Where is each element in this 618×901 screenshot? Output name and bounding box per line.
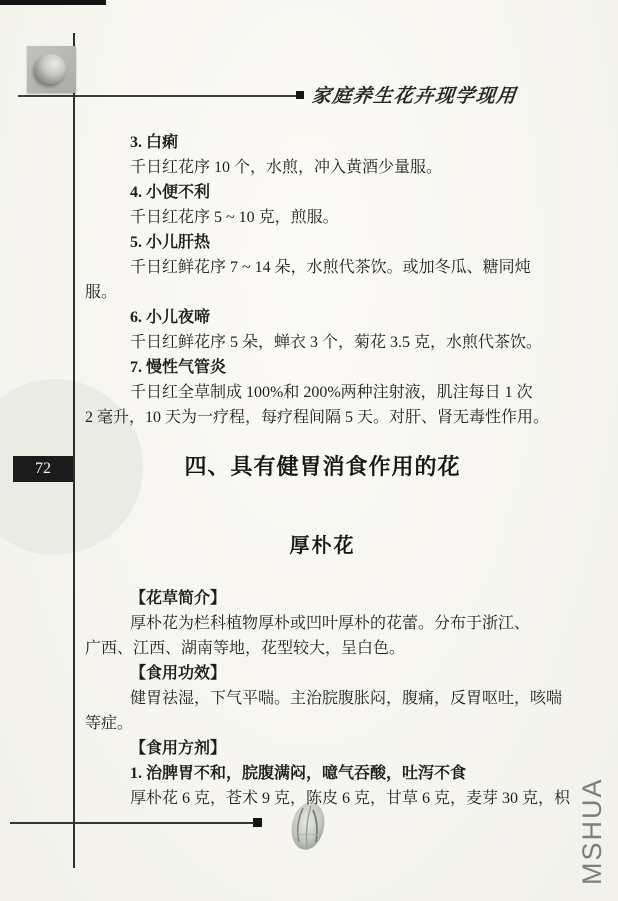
- shell-icon: [35, 54, 66, 84]
- watermark-text: MSHUA: [577, 785, 607, 885]
- header-rule: [18, 95, 296, 97]
- top-edge-bar: [0, 0, 106, 5]
- effect-body-line: 等症。: [85, 711, 560, 736]
- page-number-badge: 72: [13, 456, 73, 482]
- publisher-logo: [27, 46, 76, 93]
- remedy-body-line: 2 毫升，10 天为一疗程，每疗程间隔 5 天。对肝、肾无毒性作用。: [85, 405, 560, 430]
- recipe-body-line: 厚朴花 6 克，苍术 9 克，陈皮 6 克，甘草 6 克，麦芽 30 克，枳: [85, 786, 560, 811]
- recipe-label: 【食用方剂】: [85, 736, 560, 761]
- effect-body-line: 健胃祛湿，下气平喘。主治脘腹胀闷，腹痛，反胃呕吐，咳喘: [85, 686, 560, 711]
- scanned-book-page: 家庭养生花卉现学现用 3. 白痢 千日红花序 10 个，水煎，冲入黄酒少量服。 …: [0, 0, 618, 901]
- remedy-body-line: 千日红鲜花序 7 ~ 14 朵，水煎代茶饮。或加冬瓜、糖同炖: [85, 255, 560, 280]
- recipe-title: 1. 治脾胃不和，脘腹满闷，噫气吞酸，吐泻不食: [85, 761, 560, 786]
- footer-bullet-square: [253, 818, 262, 827]
- remedy-body-line: 千日红花序 5 ~ 10 克，煎服。: [85, 205, 560, 230]
- running-head-title: 家庭养生花卉现学现用: [311, 81, 519, 108]
- flower-name-heading: 厚朴花: [85, 532, 560, 560]
- section-heading: 四、具有健胃消食作用的花: [85, 452, 560, 482]
- remedy-title: 4. 小便不利: [85, 180, 560, 205]
- remedy-body-line: 千日红全草制成 100%和 200%两种注射液，肌注每日 1 次: [85, 380, 560, 405]
- effect-label: 【食用功效】: [85, 661, 560, 686]
- remedy-body-line: 千日红鲜花序 5 朵，蝉衣 3 个，菊花 3.5 克，水煎代茶饮。: [85, 330, 560, 355]
- remedy-body-line: 千日红花序 10 个，水煎，冲入黄酒少量服。: [85, 155, 560, 180]
- intro-body-line: 厚朴花为栏科植物厚朴或凹叶厚朴的花蕾。分布于浙江、: [85, 611, 560, 636]
- remedy-title: 3. 白痢: [85, 130, 560, 155]
- intro-label: 【花草简介】: [85, 586, 560, 611]
- remedy-body-line: 服。: [85, 280, 560, 305]
- page-number: 72: [35, 460, 51, 477]
- remedy-title: 5. 小儿肝热: [85, 230, 560, 255]
- left-margin-rule: [73, 33, 75, 868]
- body-text-column: 3. 白痢 千日红花序 10 个，水煎，冲入黄酒少量服。 4. 小便不利 千日红…: [85, 130, 560, 811]
- remedy-title: 6. 小儿夜啼: [85, 305, 560, 330]
- remedy-title: 7. 慢性气管炎: [85, 355, 560, 380]
- intro-body-line: 广西、江西、湖南等地，花型较大，呈白色。: [85, 636, 560, 661]
- footer-rule: [10, 822, 254, 824]
- header-bullet-square: [296, 91, 304, 99]
